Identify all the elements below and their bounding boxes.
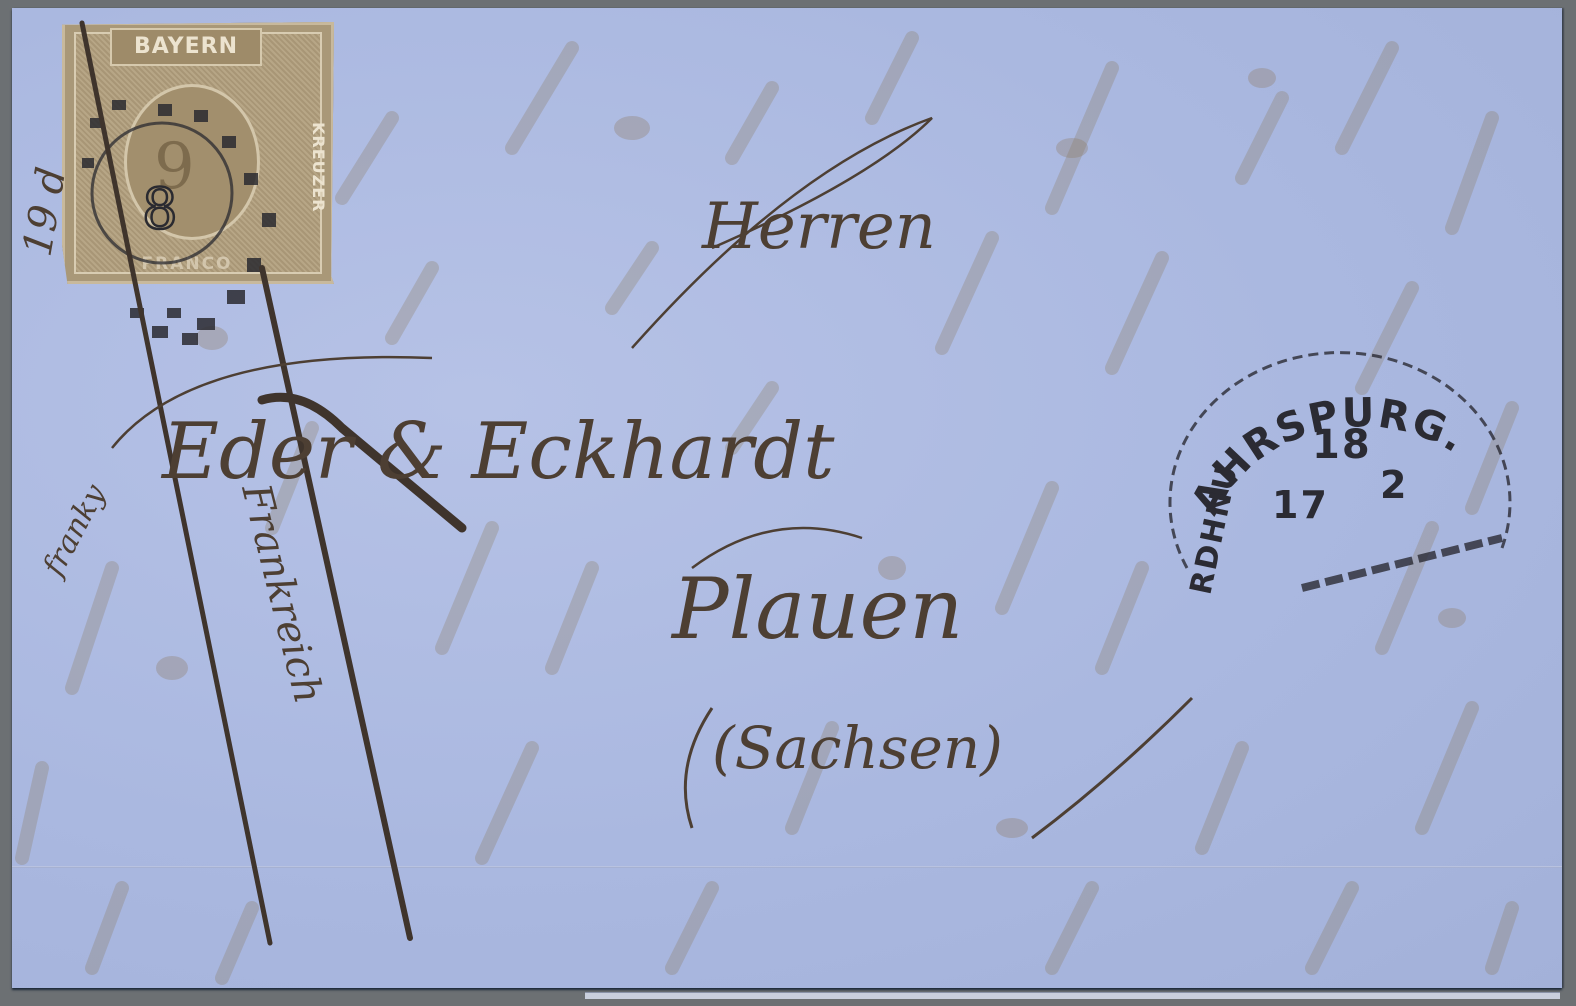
writing-layer: 8 AHRSPURG. RDHNU 18 17 2 Herren Eder & … <box>12 8 1562 988</box>
postmark-month: 2 <box>1380 463 1408 507</box>
postmark-left-fragment: RDHNU <box>1184 461 1246 598</box>
letter-sheet: BAYERN 9 KREUZER FRANCO 8 <box>12 8 1562 988</box>
margin-note-lower: franky <box>35 478 113 583</box>
postmark-year: 18 <box>1312 422 1372 468</box>
cancel-number: 8 <box>142 177 178 242</box>
postmark-day: 17 <box>1272 483 1329 527</box>
margin-note-vertical: 19 d <box>15 164 76 260</box>
address-salutation: Herren <box>701 190 936 264</box>
address-line3: (Sachsen) <box>712 714 1003 782</box>
inner-fold-edge <box>585 992 1560 999</box>
address-line2: Plauen <box>670 560 963 658</box>
numeral-cancel <box>82 100 276 345</box>
